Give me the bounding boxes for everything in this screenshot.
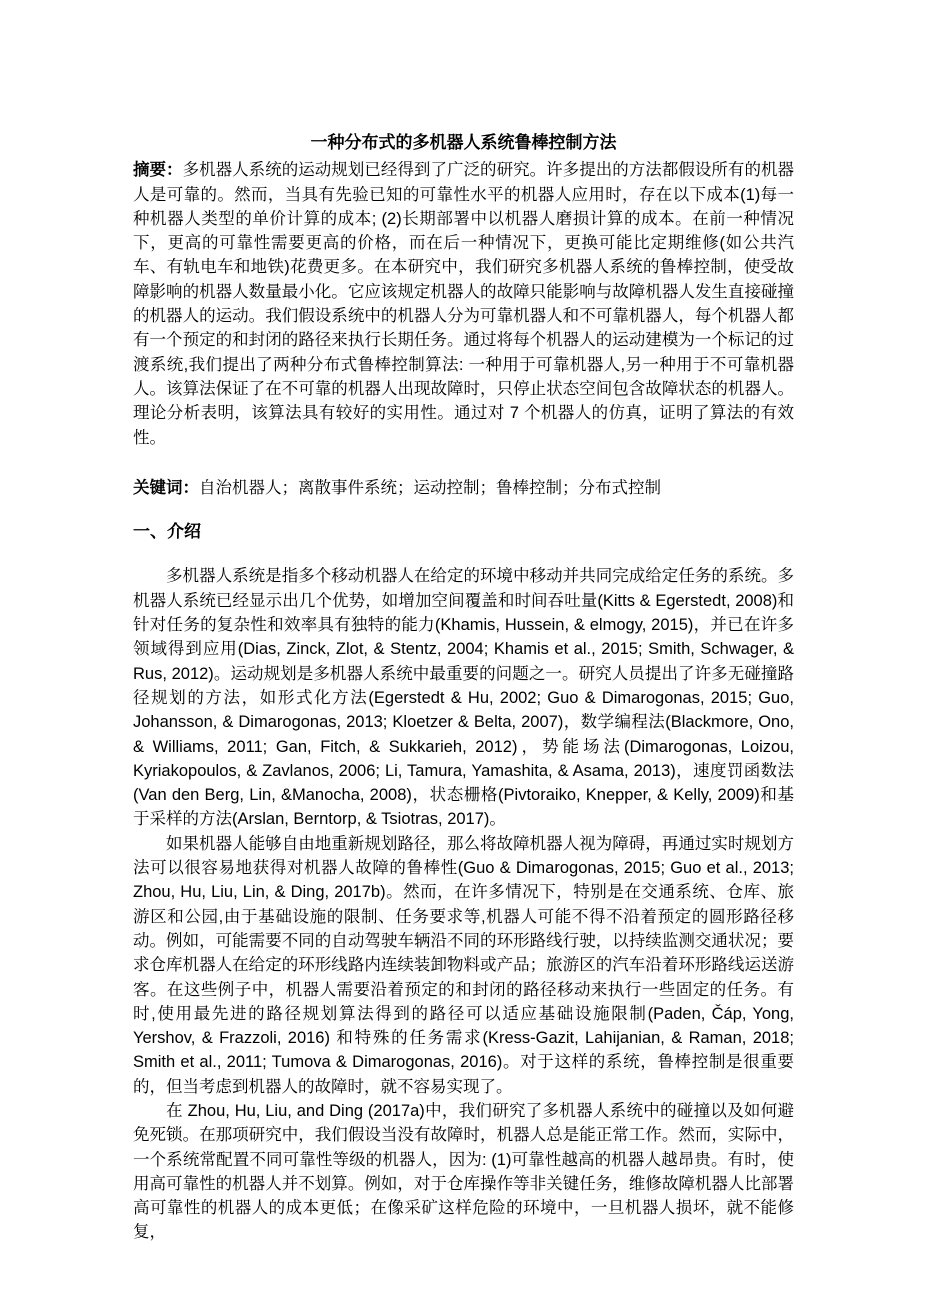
keywords-text: 自治机器人；离散事件系统；运动控制；鲁棒控制；分布式控制 — [199, 479, 661, 497]
intro-paragraph-2: 如果机器人能够自由地重新规划路径，那么将故障机器人视为障碍，再通过实时规划方法可… — [133, 832, 794, 1099]
abstract-text: 多机器人系统的运动规划已经得到了广泛的研究。许多提出的方法都假设所有的机器人是可… — [133, 161, 794, 446]
paper-title: 一种分布式的多机器人系统鲁棒控制方法 — [133, 131, 794, 155]
document-page: 一种分布式的多机器人系统鲁棒控制方法 摘要：多机器人系统的运动规划已经得到了广泛… — [0, 0, 926, 1309]
abstract: 摘要：多机器人系统的运动规划已经得到了广泛的研究。许多提出的方法都假设所有的机器… — [133, 158, 794, 450]
section-heading-introduction: 一、介绍 — [133, 520, 794, 544]
keywords-label: 关键词： — [133, 479, 199, 497]
document-content: 一种分布式的多机器人系统鲁棒控制方法 摘要：多机器人系统的运动规划已经得到了广泛… — [133, 131, 794, 1245]
intro-paragraph-1: 多机器人系统是指多个移动机器人在给定的环境中移动并共同完成给定任务的系统。多机器… — [133, 564, 794, 831]
abstract-label: 摘要： — [133, 161, 183, 179]
keywords: 关键词：自治机器人；离散事件系统；运动控制；鲁棒控制；分布式控制 — [133, 476, 794, 500]
intro-paragraph-3: 在 Zhou, Hu, Liu, and Ding (2017a)中，我们研究了… — [133, 1099, 794, 1245]
